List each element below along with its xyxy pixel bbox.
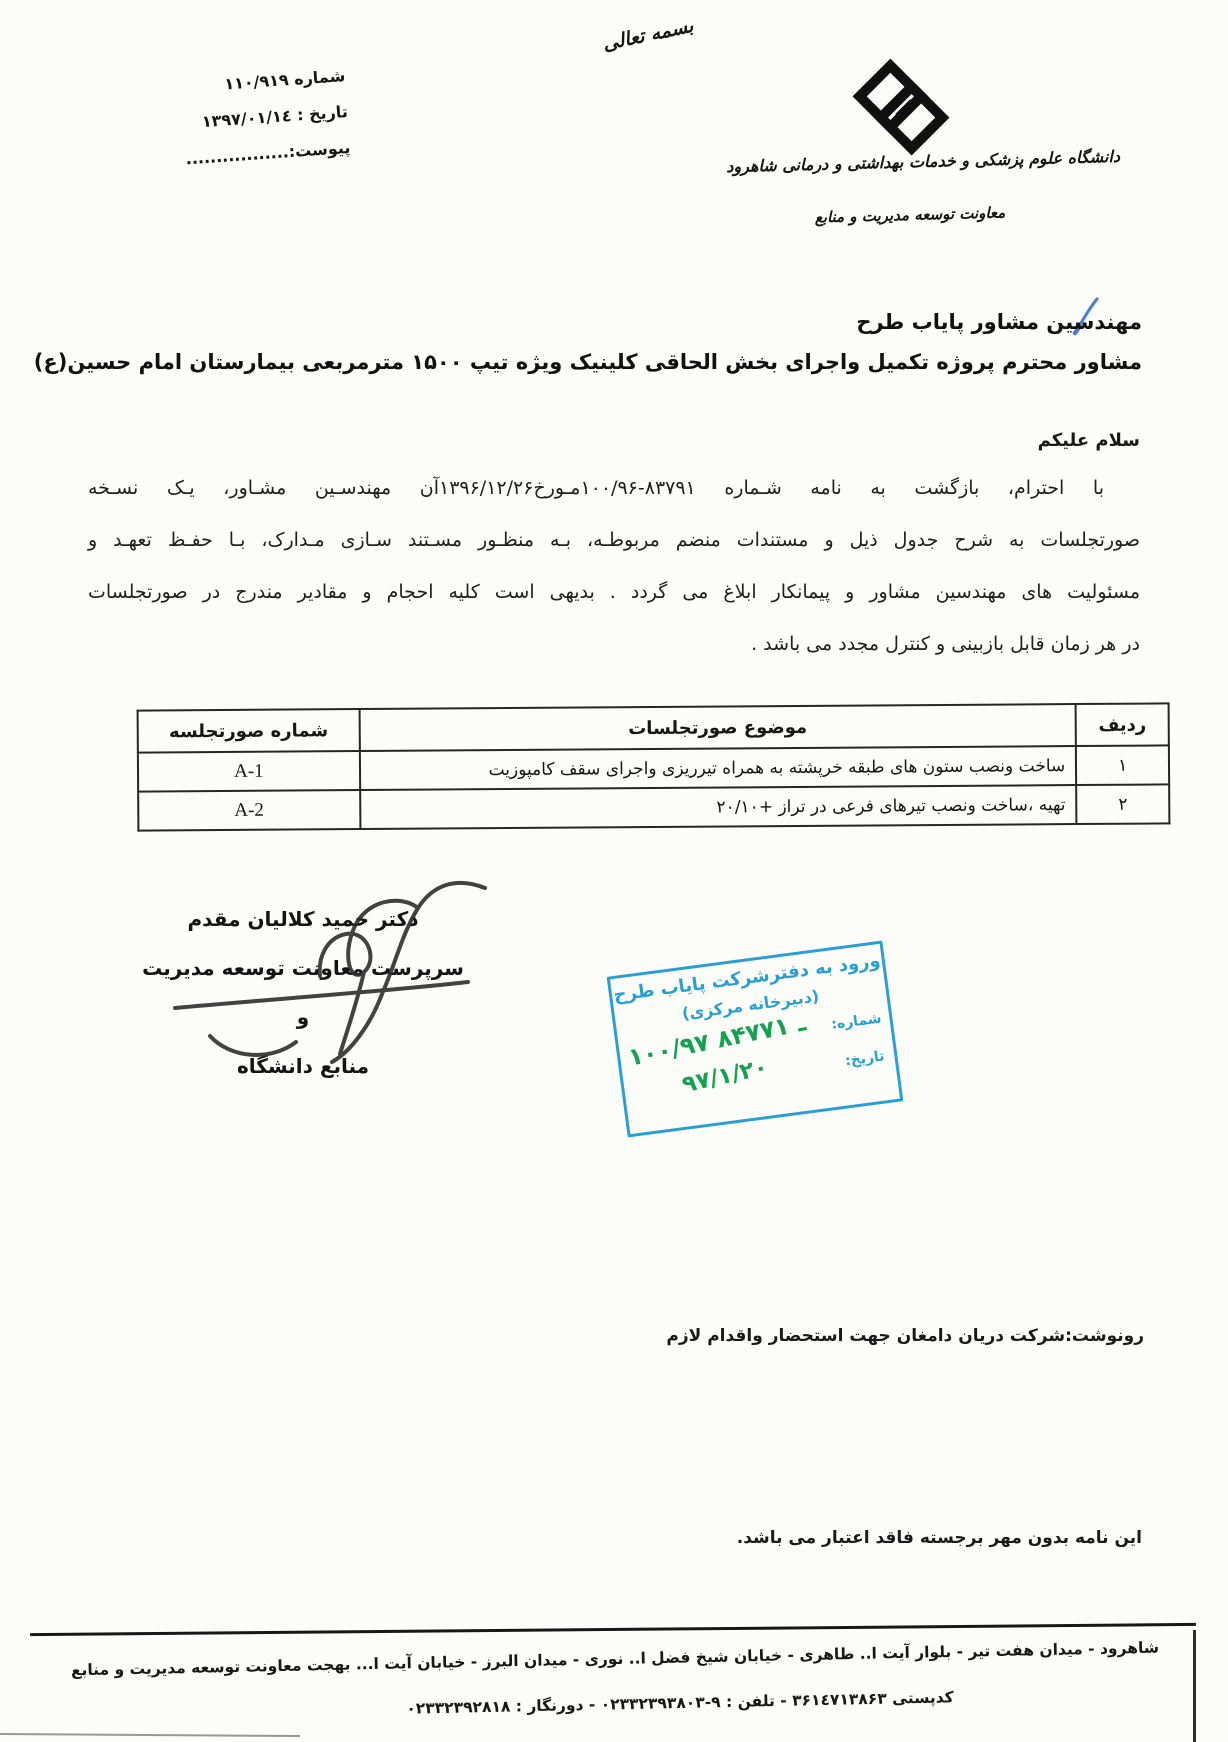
cell-row-no: ۲ bbox=[1076, 784, 1169, 824]
header-minute-no: شماره صورتجلسه bbox=[138, 709, 360, 753]
footer-address: شاهرود - میدان هفت تیر - بلوار آیت ا.. ط… bbox=[40, 1638, 1190, 1680]
recipient-line-1: مهندسین مشاور پایاب طرح bbox=[120, 310, 1142, 334]
university-name: دانشگاه علوم پزشکی و خدمات بهداشتی و درم… bbox=[728, 147, 1120, 176]
header-row-no: ردیف bbox=[1076, 703, 1169, 746]
cell-row-no: ۱ bbox=[1076, 745, 1169, 785]
cell-minute-no: A-2 bbox=[138, 790, 360, 831]
besmele-calligraphy: بسمه تعالی bbox=[587, 12, 709, 58]
scanned-letter-page: بسمه تعالی شماره ۱۱۰/۹۱۹ تاریخ : ۱۳۹۷/۰۱… bbox=[0, 0, 1228, 1742]
header-subject: موضوع صورتجلسات bbox=[359, 704, 1076, 751]
footer-contact: کدپستی ۳۶۱٤۷۱۳۸۶۳ - تلفن : ۹-۰۲۳۳۲۳۹۳۸۰۳… bbox=[180, 1684, 1180, 1723]
reference-block: شماره ۱۱۰/۹۱۹ تاریخ : ۱۳۹۷/۰۱/۱٤ پیوست:.… bbox=[115, 58, 352, 182]
stamp-date-label: تاریخ: bbox=[844, 1048, 885, 1069]
signatory-block: دکتر حمید کلالیان مقدم سرپرست معاونت توس… bbox=[138, 895, 468, 1091]
letter-body: با احترام، بازگشت به نامه شـماره ۸۳۷۹۱-۱… bbox=[88, 462, 1140, 670]
stamp-number-label: شماره: bbox=[830, 1010, 882, 1032]
cell-minute-no: A-1 bbox=[138, 751, 360, 792]
body-line: با احترام، بازگشت به نامه شـماره ۸۳۷۹۱-۱… bbox=[88, 462, 1140, 514]
table-row: ۲ تهیه ،ساخت ونصب تیرهای فرعی در تراز +۲… bbox=[138, 784, 1169, 830]
university-department: معاونت توسعه مدیریت و منابع bbox=[764, 202, 1056, 228]
footer-side-border bbox=[1193, 1630, 1196, 1742]
signatory-title-2: منابع دانشگاه bbox=[138, 1042, 468, 1091]
minutes-table: ردیف موضوع صورتجلسات شماره صورتجلسه ۱ سا… bbox=[137, 702, 1171, 831]
body-line: مسئولیت های مهندسین مشاور و پیمانکار ابل… bbox=[88, 566, 1140, 618]
cell-subject: ساخت ونصب ستون های طبقه خرپشته به همراه … bbox=[360, 746, 1077, 790]
university-logo-icon bbox=[848, 54, 954, 160]
salutation: سلام علیکم bbox=[1038, 430, 1140, 451]
cell-subject: تهیه ،ساخت ونصب تیرهای فرعی در تراز +۲۰/… bbox=[360, 785, 1077, 829]
body-line: صورتجلسات به شرح جدول ذیل و مستندات منضم… bbox=[88, 514, 1140, 566]
table-header-row: ردیف موضوع صورتجلسات شماره صورتجلسه bbox=[138, 703, 1169, 752]
scan-edge-artifact bbox=[0, 1733, 300, 1737]
entry-stamp: ورود به دفترشرکت پایاب طرح (دبیرخانه مرک… bbox=[607, 941, 904, 1138]
body-line: در هر زمان قابل بازبینی و کنترل مجدد می … bbox=[88, 618, 1140, 670]
signatory-title-1: سرپرست معاونت توسعه مدیریت و bbox=[138, 944, 468, 1042]
validity-note: این نامه بدون مهر برجسته فاقد اعتبار می … bbox=[737, 1528, 1142, 1548]
footer-divider bbox=[30, 1623, 1196, 1636]
stamp-date-handwritten: ۹۷/۱/۲۰ bbox=[680, 1054, 771, 1098]
carbon-copy-note: رونوشت:شرکت دریان دامغان جهت استحضار واق… bbox=[666, 1326, 1144, 1346]
signatory-name: دکتر حمید کلالیان مقدم bbox=[138, 895, 468, 944]
recipient-line-2: مشاور محترم پروژه تکمیل واجرای بخش الحاق… bbox=[100, 350, 1142, 374]
